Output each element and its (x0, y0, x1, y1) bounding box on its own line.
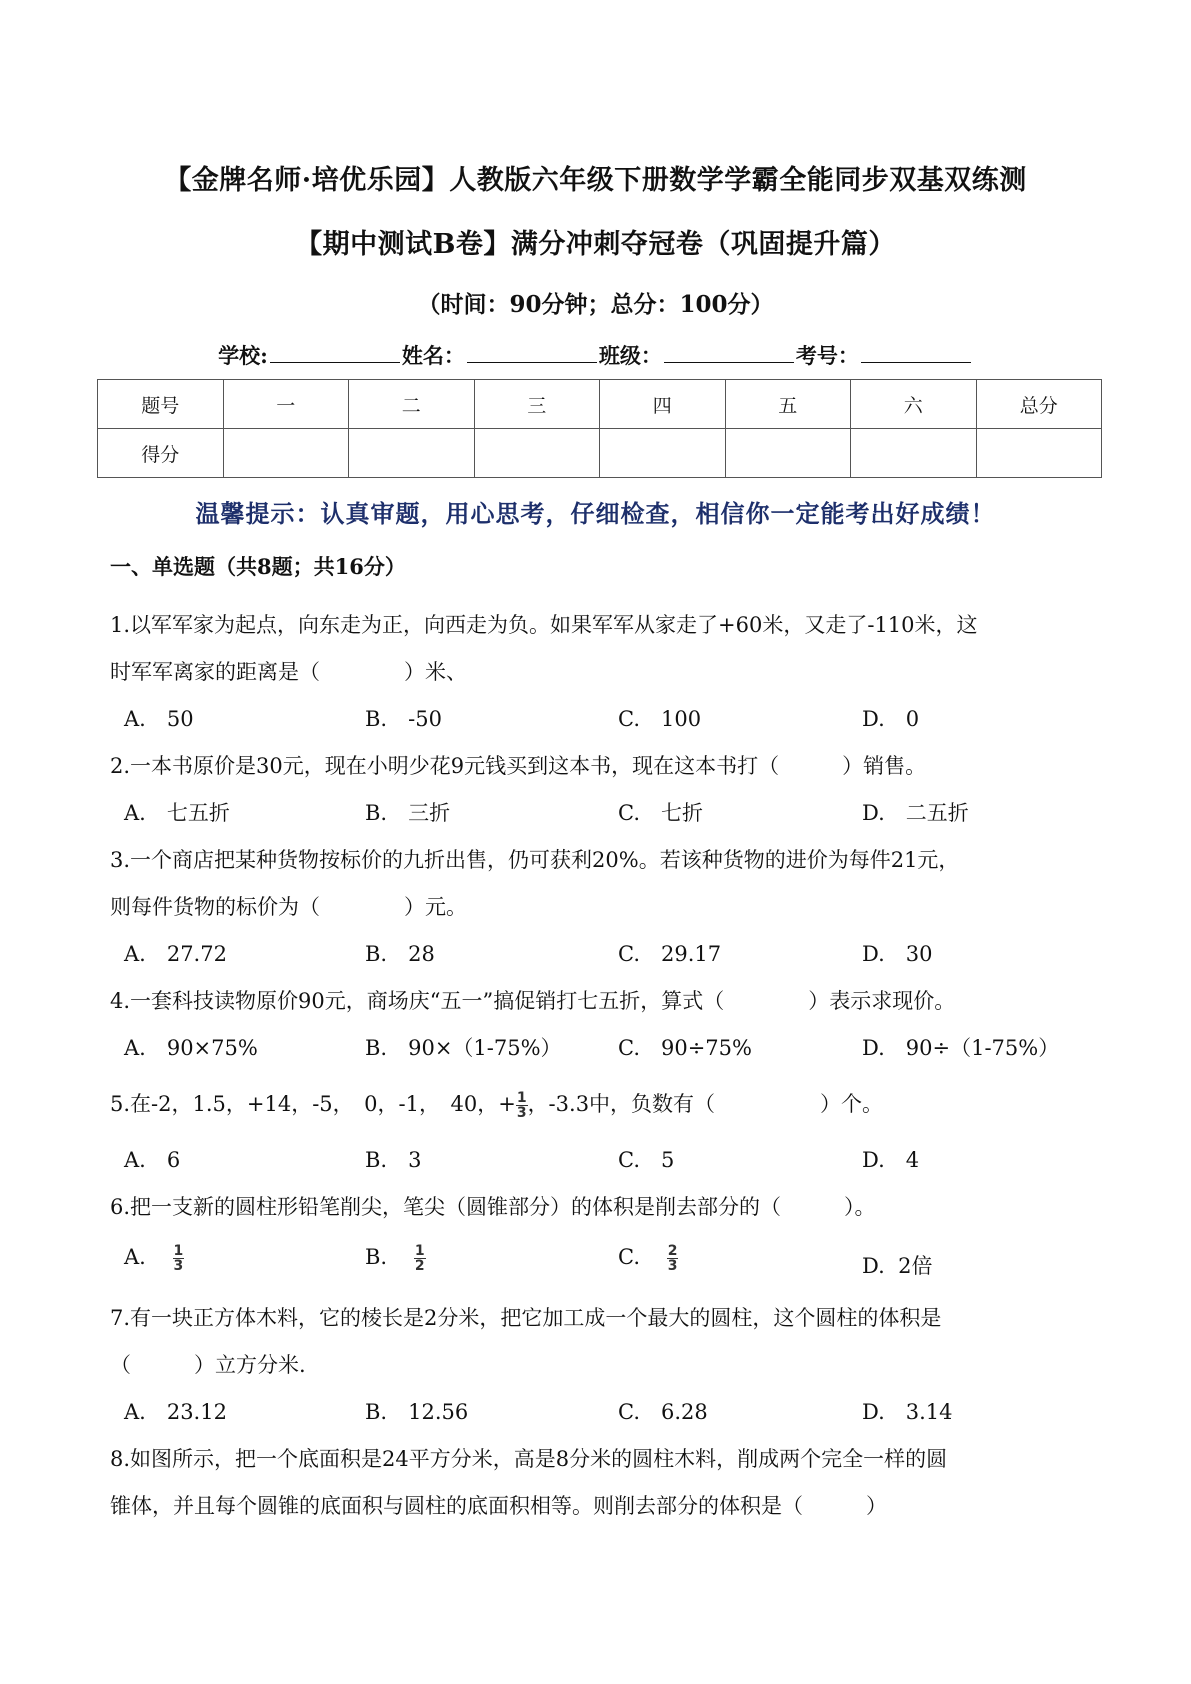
score-cell-2[interactable] (349, 429, 475, 478)
question-1-line1: 1.以军军家为起点，向东走为正，向西走为负。如果军军从家走了+60米，又走了-1… (110, 609, 978, 639)
score-cell-1[interactable] (223, 429, 349, 478)
exam-number-label: 考号： (796, 343, 859, 368)
q3-option-b[interactable]: B. 28 (365, 938, 435, 968)
cell-part-4: 四 (600, 380, 726, 429)
exam-number-field[interactable] (861, 342, 971, 363)
option-label: A. (124, 1245, 146, 1269)
score-cell-total[interactable] (976, 429, 1102, 478)
cell-part-1: 一 (223, 380, 349, 429)
q5-option-a[interactable]: A. 6 (124, 1144, 180, 1174)
fraction-denominator: 3 (667, 1259, 679, 1273)
option-value: 2倍 (898, 1254, 932, 1278)
q7-option-a[interactable]: A. 23.12 (124, 1396, 227, 1426)
question-8-line2: 锥体，并且每个圆锥的底面积与圆柱的底面积相等。则削去部分的体积是（ ） (110, 1490, 887, 1520)
reminder-tip: 温馨提示：认真审题，用心思考，仔细检查，相信你一定能考出好成绩！ (0, 494, 1191, 529)
q2-option-b[interactable]: B. 三折 (365, 797, 450, 827)
document-title-line1: 【金牌名师·培优乐园】人教版六年级下册数学学霸全能同步双基双练测 (0, 158, 1191, 197)
score-cell-6[interactable] (851, 429, 977, 478)
option-label: C. (618, 1245, 640, 1269)
cell-part-5: 五 (725, 380, 851, 429)
fraction-two-thirds: 23 (667, 1244, 679, 1273)
q3-option-a[interactable]: A. 27.72 (124, 938, 227, 968)
q5-option-d[interactable]: D. 4 (862, 1144, 919, 1174)
score-cell-4[interactable] (600, 429, 726, 478)
score-table-header-row: 题号 一 二 三 四 五 六 总分 (98, 380, 1102, 429)
question-4-line1: 4.一套科技读物原价90元，商场庆“五一”搞促销打七五折，算式（ ）表示求现价。 (110, 985, 955, 1015)
option-label: B. (365, 1245, 387, 1269)
q6-option-b[interactable]: B. 12 (365, 1244, 426, 1273)
option-label: D. (862, 1254, 885, 1278)
fraction-one-third: 13 (173, 1244, 185, 1273)
fraction-numerator: 1 (414, 1244, 426, 1259)
question-3-line2: 则每件货物的标价为（ ）元。 (110, 891, 467, 921)
q1-option-b[interactable]: B. -50 (365, 703, 442, 733)
question-7-line2: （ ）立方分米. (110, 1349, 306, 1379)
time-score-info: （时间：90分钟；总分：100分） (0, 286, 1191, 319)
fraction-numerator: 1 (516, 1091, 528, 1106)
class-label: 班级： (599, 343, 662, 368)
q7-option-b[interactable]: B. 12.56 (365, 1396, 468, 1426)
student-info-fields: 学校:姓名：班级：考号： (0, 340, 1191, 370)
name-field[interactable] (467, 342, 597, 363)
section-heading-single-choice: 一、单选题（共8题；共16分） (110, 551, 406, 581)
fraction-denominator: 3 (173, 1259, 185, 1273)
q6-option-c[interactable]: C. 23 (618, 1244, 678, 1273)
score-table-score-row: 得分 (98, 429, 1102, 478)
cell-score-label: 得分 (98, 429, 224, 478)
cell-question-number-label: 题号 (98, 380, 224, 429)
school-field[interactable] (270, 342, 400, 363)
q4-option-b[interactable]: B. 90×（1-75%） (365, 1032, 562, 1062)
q1-option-d[interactable]: D. 0 (862, 703, 919, 733)
fraction-numerator: 2 (667, 1244, 679, 1259)
q6-option-d[interactable]: D. 2倍 (862, 1250, 933, 1280)
question-1-line2: 时军军离家的距离是（ ）米、 (110, 656, 467, 686)
q7-option-d[interactable]: D. 3.14 (862, 1396, 953, 1426)
q3-option-c[interactable]: C. 29.17 (618, 938, 721, 968)
document-title-line2: 【期中测试B卷】满分冲刺夺冠卷（巩固提升篇） (0, 222, 1191, 261)
question-6-line1: 6.把一支新的圆柱形铅笔削尖，笔尖（圆锥部分）的体积是削去部分的（ ）。 (110, 1191, 876, 1221)
q5-text-before-fraction: 5.在-2，1.5，+14，-5， 0，-1， 40，+ (110, 1092, 516, 1116)
q7-option-c[interactable]: C. 6.28 (618, 1396, 708, 1426)
q5-text-after-fraction: ，-3.3中，负数有（ ）个。 (528, 1092, 884, 1116)
question-5-line1: 5.在-2，1.5，+14，-5， 0，-1， 40，+13，-3.3中，负数有… (110, 1088, 883, 1120)
q3-option-d[interactable]: D. 30 (862, 938, 933, 968)
name-label: 姓名： (402, 343, 465, 368)
fraction-numerator: 1 (173, 1244, 185, 1259)
score-cell-3[interactable] (474, 429, 600, 478)
q4-option-c[interactable]: C. 90÷75% (618, 1032, 752, 1062)
cell-part-6: 六 (851, 380, 977, 429)
q2-option-a[interactable]: A. 七五折 (124, 797, 230, 827)
q2-option-d[interactable]: D. 二五折 (862, 797, 969, 827)
q4-option-a[interactable]: A. 90×75% (124, 1032, 258, 1062)
q5-option-c[interactable]: C. 5 (618, 1144, 674, 1174)
score-cell-5[interactable] (725, 429, 851, 478)
question-3-line1: 3.一个商店把某种货物按标价的九折出售，仍可获利20%。若该种货物的进价为每件2… (110, 844, 959, 874)
question-2-line1: 2.一本书原价是30元，现在小明少花9元钱买到这本书，现在这本书打（ ）销售。 (110, 750, 926, 780)
q1-option-c[interactable]: C. 100 (618, 703, 701, 733)
fraction-one-half: 12 (414, 1244, 426, 1273)
q5-fraction: 13 (516, 1091, 528, 1120)
q1-option-a[interactable]: A. 50 (124, 703, 194, 733)
q6-option-a[interactable]: A. 13 (124, 1244, 184, 1273)
cell-total-label: 总分 (976, 380, 1102, 429)
question-7-line1: 7.有一块正方体木料，它的棱长是2分米，把它加工成一个最大的圆柱，这个圆柱的体积… (110, 1302, 941, 1332)
school-label: 学校: (218, 343, 268, 368)
fraction-denominator: 2 (414, 1259, 426, 1273)
cell-part-2: 二 (349, 380, 475, 429)
score-table: 题号 一 二 三 四 五 六 总分 得分 (97, 379, 1102, 478)
q2-option-c[interactable]: C. 七折 (618, 797, 703, 827)
fraction-denominator: 3 (516, 1106, 528, 1120)
q4-option-d[interactable]: D. 90÷（1-75%） (862, 1032, 1059, 1062)
class-field[interactable] (664, 342, 794, 363)
q5-option-b[interactable]: B. 3 (365, 1144, 421, 1174)
cell-part-3: 三 (474, 380, 600, 429)
question-8-line1: 8.如图所示，把一个底面积是24平方分米，高是8分米的圆柱木料，削成两个完全一样… (110, 1443, 947, 1473)
